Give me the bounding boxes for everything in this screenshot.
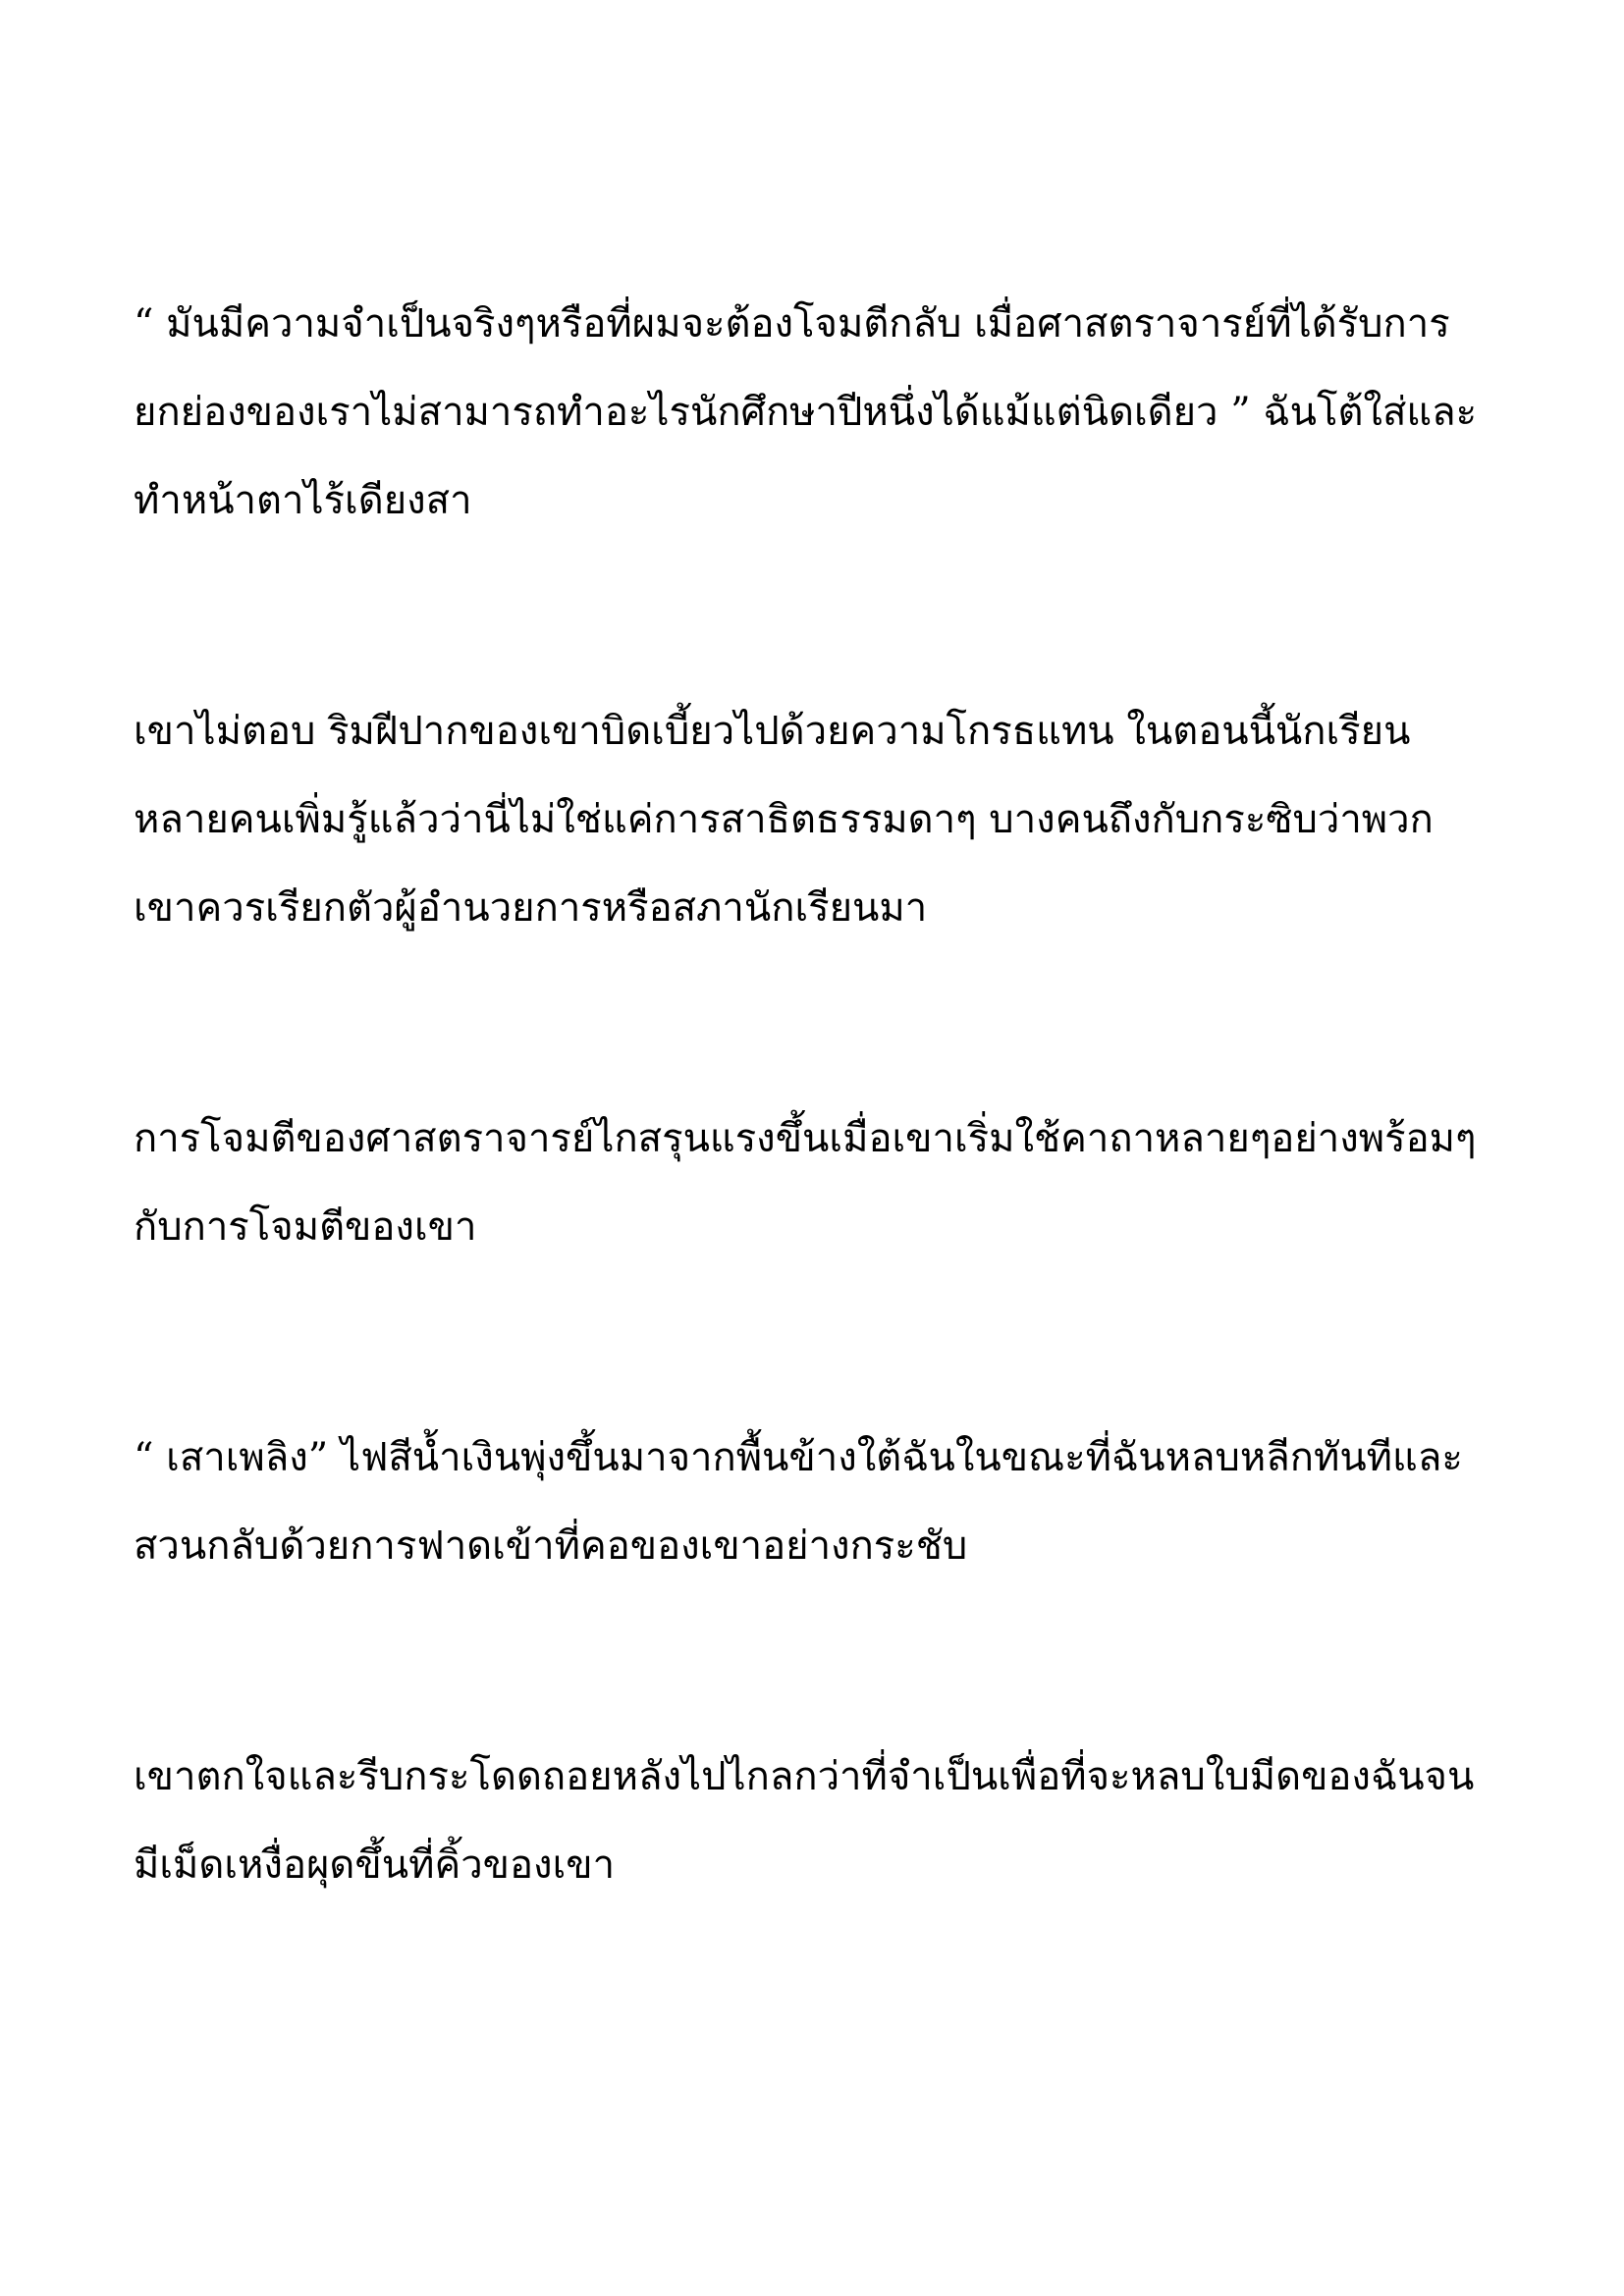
- paragraph-no-reply: เขาไม่ตอบ ริมฝีปากของเขาบิดเบี้ยวไปด้วยค…: [134, 687, 1489, 952]
- paragraph-startled-jump: เขาตกใจและรีบกระโดดถอยหลังไปไกลกว่าที่จำ…: [134, 1733, 1489, 1909]
- document-page: “ มันมีความจำเป็นจริงๆหรือที่ผมจะต้องโจม…: [0, 0, 1624, 2296]
- paragraph-fire-pillar: “ เสาเพลิง” ไฟสีน้ำเงินพุ่งขึ้นมาจากพื้น…: [134, 1414, 1489, 1590]
- paragraph-dialogue-retort: “ มันมีความจำเป็นจริงๆหรือที่ผมจะต้องโจม…: [134, 280, 1489, 545]
- paragraph-professor-attack: การโจมตีของศาสตราจารย์ไกสรุนแรงขึ้นเมื่อ…: [134, 1095, 1489, 1271]
